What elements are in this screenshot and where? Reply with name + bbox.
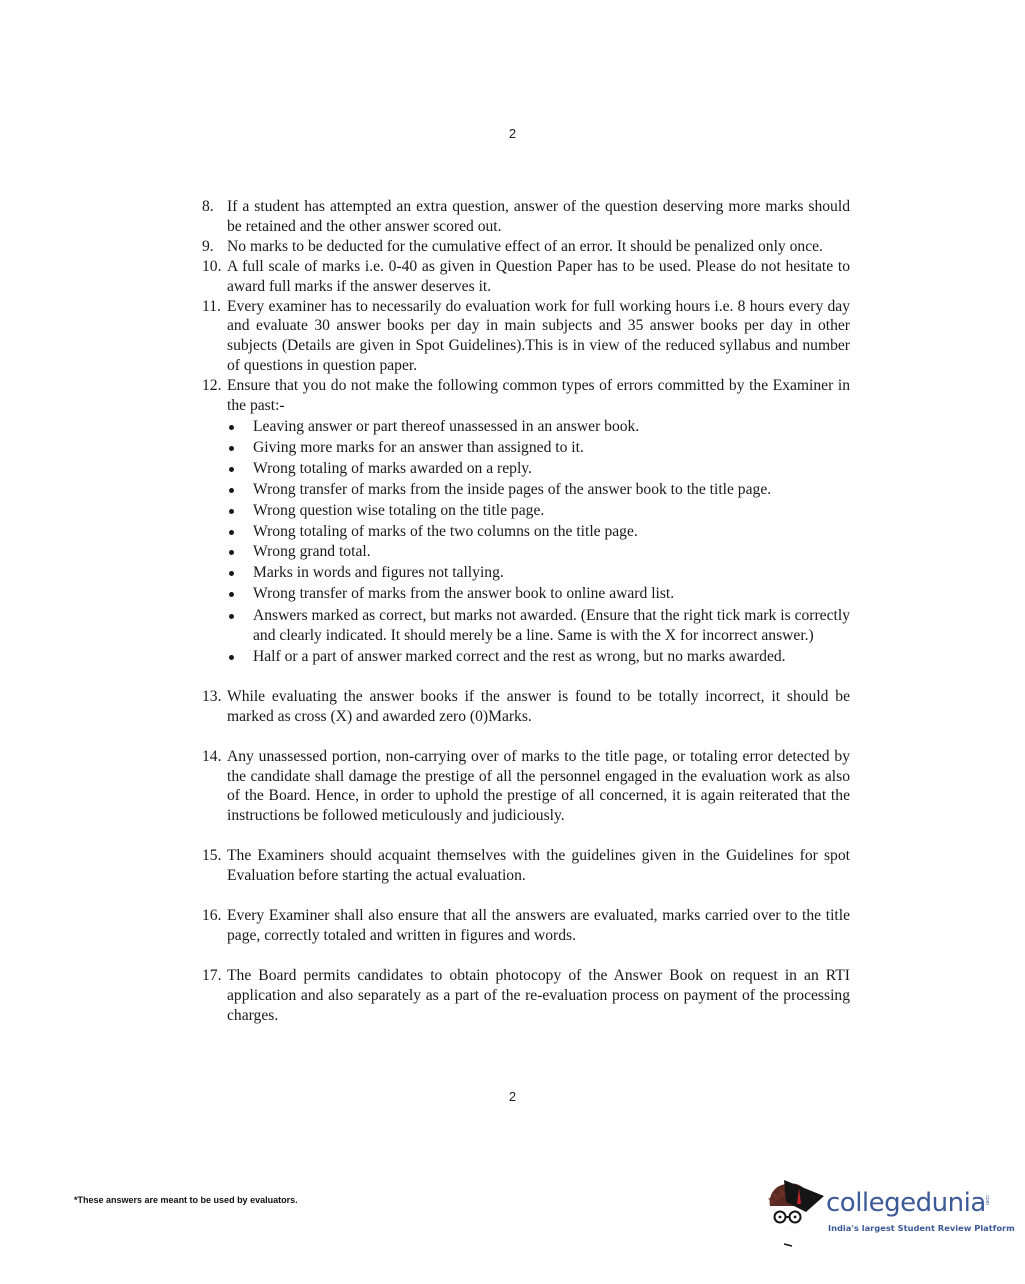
bullet-icon [229, 592, 234, 597]
item-number: 10. [202, 257, 222, 277]
item-text: No marks to be deducted for the cumulati… [227, 238, 823, 255]
list-item-8: 8. If a student has attempted an extra q… [202, 197, 850, 237]
item-number: 16. [202, 906, 222, 926]
bullet-icon [229, 571, 234, 576]
bullet-icon [229, 488, 234, 493]
collegedunia-logo[interactable]: collegedunia .com India's largest Studen… [766, 1176, 996, 1251]
bullet-icon [229, 655, 234, 660]
bullet-icon [229, 467, 234, 472]
list-item-12: 12. Ensure that you do not make the foll… [202, 376, 850, 416]
list-item-16: 16. Every Examiner shall also ensure tha… [202, 906, 850, 946]
bullet-icon [229, 509, 234, 514]
logo-domain: .com [984, 1194, 990, 1205]
item-text: Every Examiner shall also ensure that al… [227, 907, 850, 944]
bullet-icon [229, 446, 234, 451]
item-text: The Board permits candidates to obtain p… [227, 967, 850, 1024]
list-item-17: 17. The Board permits candidates to obta… [202, 966, 850, 1026]
item-number: 12. [202, 376, 222, 396]
item-number: 17. [202, 966, 222, 986]
list-item-10: 10. A full scale of marks i.e. 0-40 as g… [202, 257, 850, 297]
bullet-icon [229, 614, 234, 619]
logo-wordmark: collegedunia [826, 1188, 986, 1218]
item-text: Ensure that you do not make the followin… [227, 377, 850, 414]
evaluator-footnote: *These answers are meant to be used by e… [74, 1195, 298, 1205]
mascot-icon [766, 1176, 828, 1248]
list-item-15: 15. The Examiners should acquaint themse… [202, 846, 850, 886]
bullet-item: Answers marked as correct, but marks not… [227, 606, 850, 646]
page-number-bottom: 2 [0, 1089, 1025, 1104]
bullet-item: Wrong transfer of marks from the answer … [227, 584, 850, 605]
list-item-13: 13. While evaluating the answer books if… [202, 687, 850, 727]
bullet-icon [229, 550, 234, 555]
item-text: Every examiner has to necessarily do eva… [227, 298, 850, 375]
bullet-icon [229, 530, 234, 535]
item-number: 13. [202, 687, 222, 707]
bullet-item: Half or a part of answer marked correct … [227, 647, 850, 668]
logo-tagline: India's largest Student Review Platform [828, 1223, 1015, 1233]
list-item-9: 9. No marks to be deducted for the cumul… [202, 237, 850, 257]
bullet-icon [229, 425, 234, 430]
item-number: 8. [202, 197, 214, 217]
item-text: Any unassessed portion, non-carrying ove… [227, 748, 850, 825]
item-text: While evaluating the answer books if the… [227, 688, 850, 725]
instructions-list: 8. If a student has attempted an extra q… [202, 197, 850, 1026]
item-number: 9. [202, 237, 214, 257]
item-text: If a student has attempted an extra ques… [227, 198, 850, 235]
bullet-item: Giving more marks for an answer than ass… [227, 438, 850, 459]
bullet-item: Wrong question wise totaling on the titl… [227, 501, 850, 522]
list-item-14: 14. Any unassessed portion, non-carrying… [202, 747, 850, 827]
page-number-top: 2 [0, 126, 1025, 141]
bullet-item: Wrong grand total. [227, 542, 850, 563]
item-number: 15. [202, 846, 222, 866]
item-number: 14. [202, 747, 222, 767]
bullet-item: Wrong totaling of marks awarded on a rep… [227, 459, 850, 480]
bullet-item: Marks in words and figures not tallying. [227, 563, 850, 584]
item-text: A full scale of marks i.e. 0-40 as given… [227, 258, 850, 295]
item-text: The Examiners should acquaint themselves… [227, 847, 850, 884]
bullet-item: Wrong totaling of marks of the two colum… [227, 522, 850, 543]
bullet-item: Wrong transfer of marks from the inside … [227, 480, 850, 501]
item-number: 11. [202, 297, 221, 317]
common-errors-list: Leaving answer or part thereof unassesse… [202, 417, 850, 668]
bullet-item: Leaving answer or part thereof unassesse… [227, 417, 850, 438]
list-item-11: 11. Every examiner has to necessarily do… [202, 297, 850, 377]
